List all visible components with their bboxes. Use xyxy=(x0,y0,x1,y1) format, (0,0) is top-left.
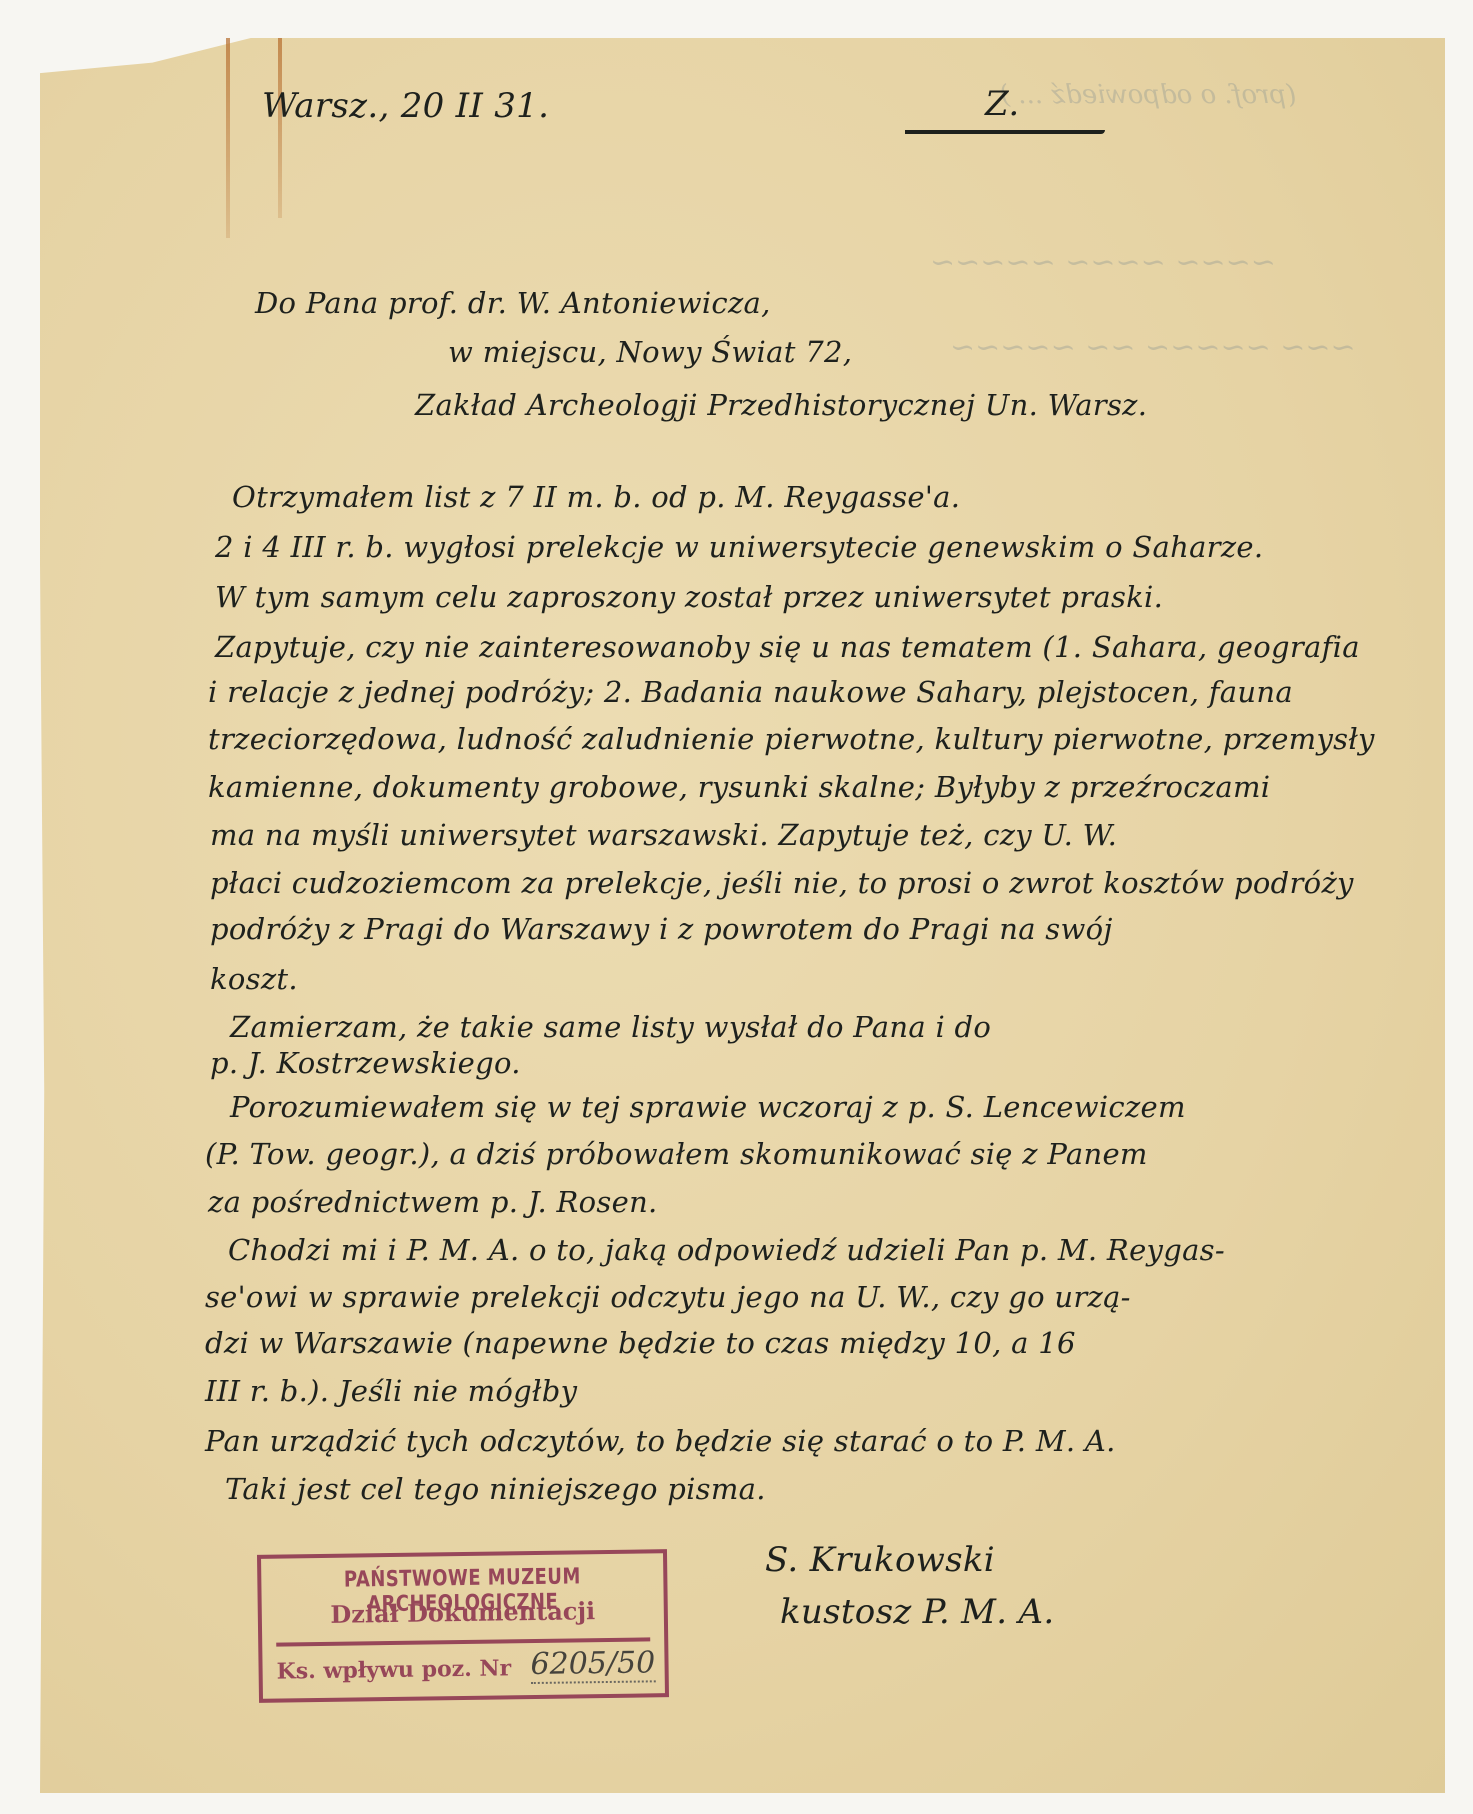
body-line: 2 i 4 III r. b. wygłosi prelekcje w uniw… xyxy=(215,530,1263,564)
body-line: Porozumiewałem się w tej sprawie wczoraj… xyxy=(230,1090,1186,1124)
body-line: p. J. Kostrzewskiego. xyxy=(210,1046,521,1080)
body-line: dzi w Warszawie (napewne będzie to czas … xyxy=(205,1326,1076,1360)
initial-underline xyxy=(905,130,1105,134)
rust-stain-right xyxy=(278,38,282,218)
body-line: koszt. xyxy=(210,962,298,996)
body-line: Zapytuje, czy nie zainteresowanoby się u… xyxy=(215,630,1360,664)
body-line: (P. Tow. geogr.), a dziś próbowałem skom… xyxy=(205,1137,1148,1171)
initial-mark: Z. xyxy=(985,84,1019,124)
body-line: Zamierzam, że takie same listy wysłał do… xyxy=(230,1010,991,1044)
stamp-register-label: Ks. wpływu poz. Nr xyxy=(276,1655,511,1684)
bleed-through-text: ~~~~ ~~~~ ~~~~~ xyxy=(930,245,1276,280)
body-line: W tym samym celu zaproszony został przez… xyxy=(215,580,1163,614)
signature-name: S. Krukowski xyxy=(765,1540,995,1580)
address-line-3: Zakład Archeologji Przedhistorycznej Un.… xyxy=(415,388,1147,422)
body-line: podróży z Pragi do Warszawy i z powrotem… xyxy=(210,912,1113,946)
rust-stain-left xyxy=(226,38,230,238)
body-line: Otrzymałem list z 7 II m. b. od p. M. Re… xyxy=(232,480,960,514)
stamp-register-number: 6205/50 xyxy=(530,1645,655,1684)
body-line: kamienne, dokumenty grobowe, rysunki ska… xyxy=(208,770,1270,804)
letter-date: Warsz., 20 II 31. xyxy=(262,86,549,126)
body-line: i relacje z jednej podróży; 2. Badania n… xyxy=(208,675,1293,709)
body-line: trzeciorzędowa, ludność zaludnienie pier… xyxy=(208,722,1375,756)
body-line: Chodzi mi i P. M. A. o to, jaką odpowied… xyxy=(228,1233,1225,1267)
archive-stamp: PAŃSTWOWE MUZEUM ARCHEOLOGICZNE Dział Do… xyxy=(257,1549,669,1703)
body-line: se'owi w sprawie prelekcji odczytu jego … xyxy=(205,1280,1131,1314)
address-line-1: Do Pana prof. dr. W. Antoniewicza, xyxy=(255,286,771,320)
body-line: Pan urządzić tych odczytów, to będzie si… xyxy=(205,1424,1116,1458)
body-line: ma na myśli uniwersytet warszawski. Zapy… xyxy=(210,818,1117,852)
body-line: Taki jest cel tego niniejszego pisma. xyxy=(225,1472,766,1506)
stamp-department: Dział Dokumentacji xyxy=(262,1595,664,1630)
address-line-2: w miejscu, Nowy Świat 72, xyxy=(448,335,852,369)
body-line: III r. b.). Jeśli nie mógłby xyxy=(205,1374,577,1408)
body-line: za pośrednictwem p. J. Rosen. xyxy=(208,1185,658,1219)
bleed-through-note: (prof. o odpowiedź ... ) xyxy=(1000,80,1296,110)
body-line: płaci cudzoziemcom za prelekcje, jeśli n… xyxy=(210,866,1354,900)
bleed-through-text: ~~~ ~~~~~ ~~ ~~~~~ xyxy=(950,330,1356,365)
signature-title: kustosz P. M. A. xyxy=(780,1592,1054,1632)
